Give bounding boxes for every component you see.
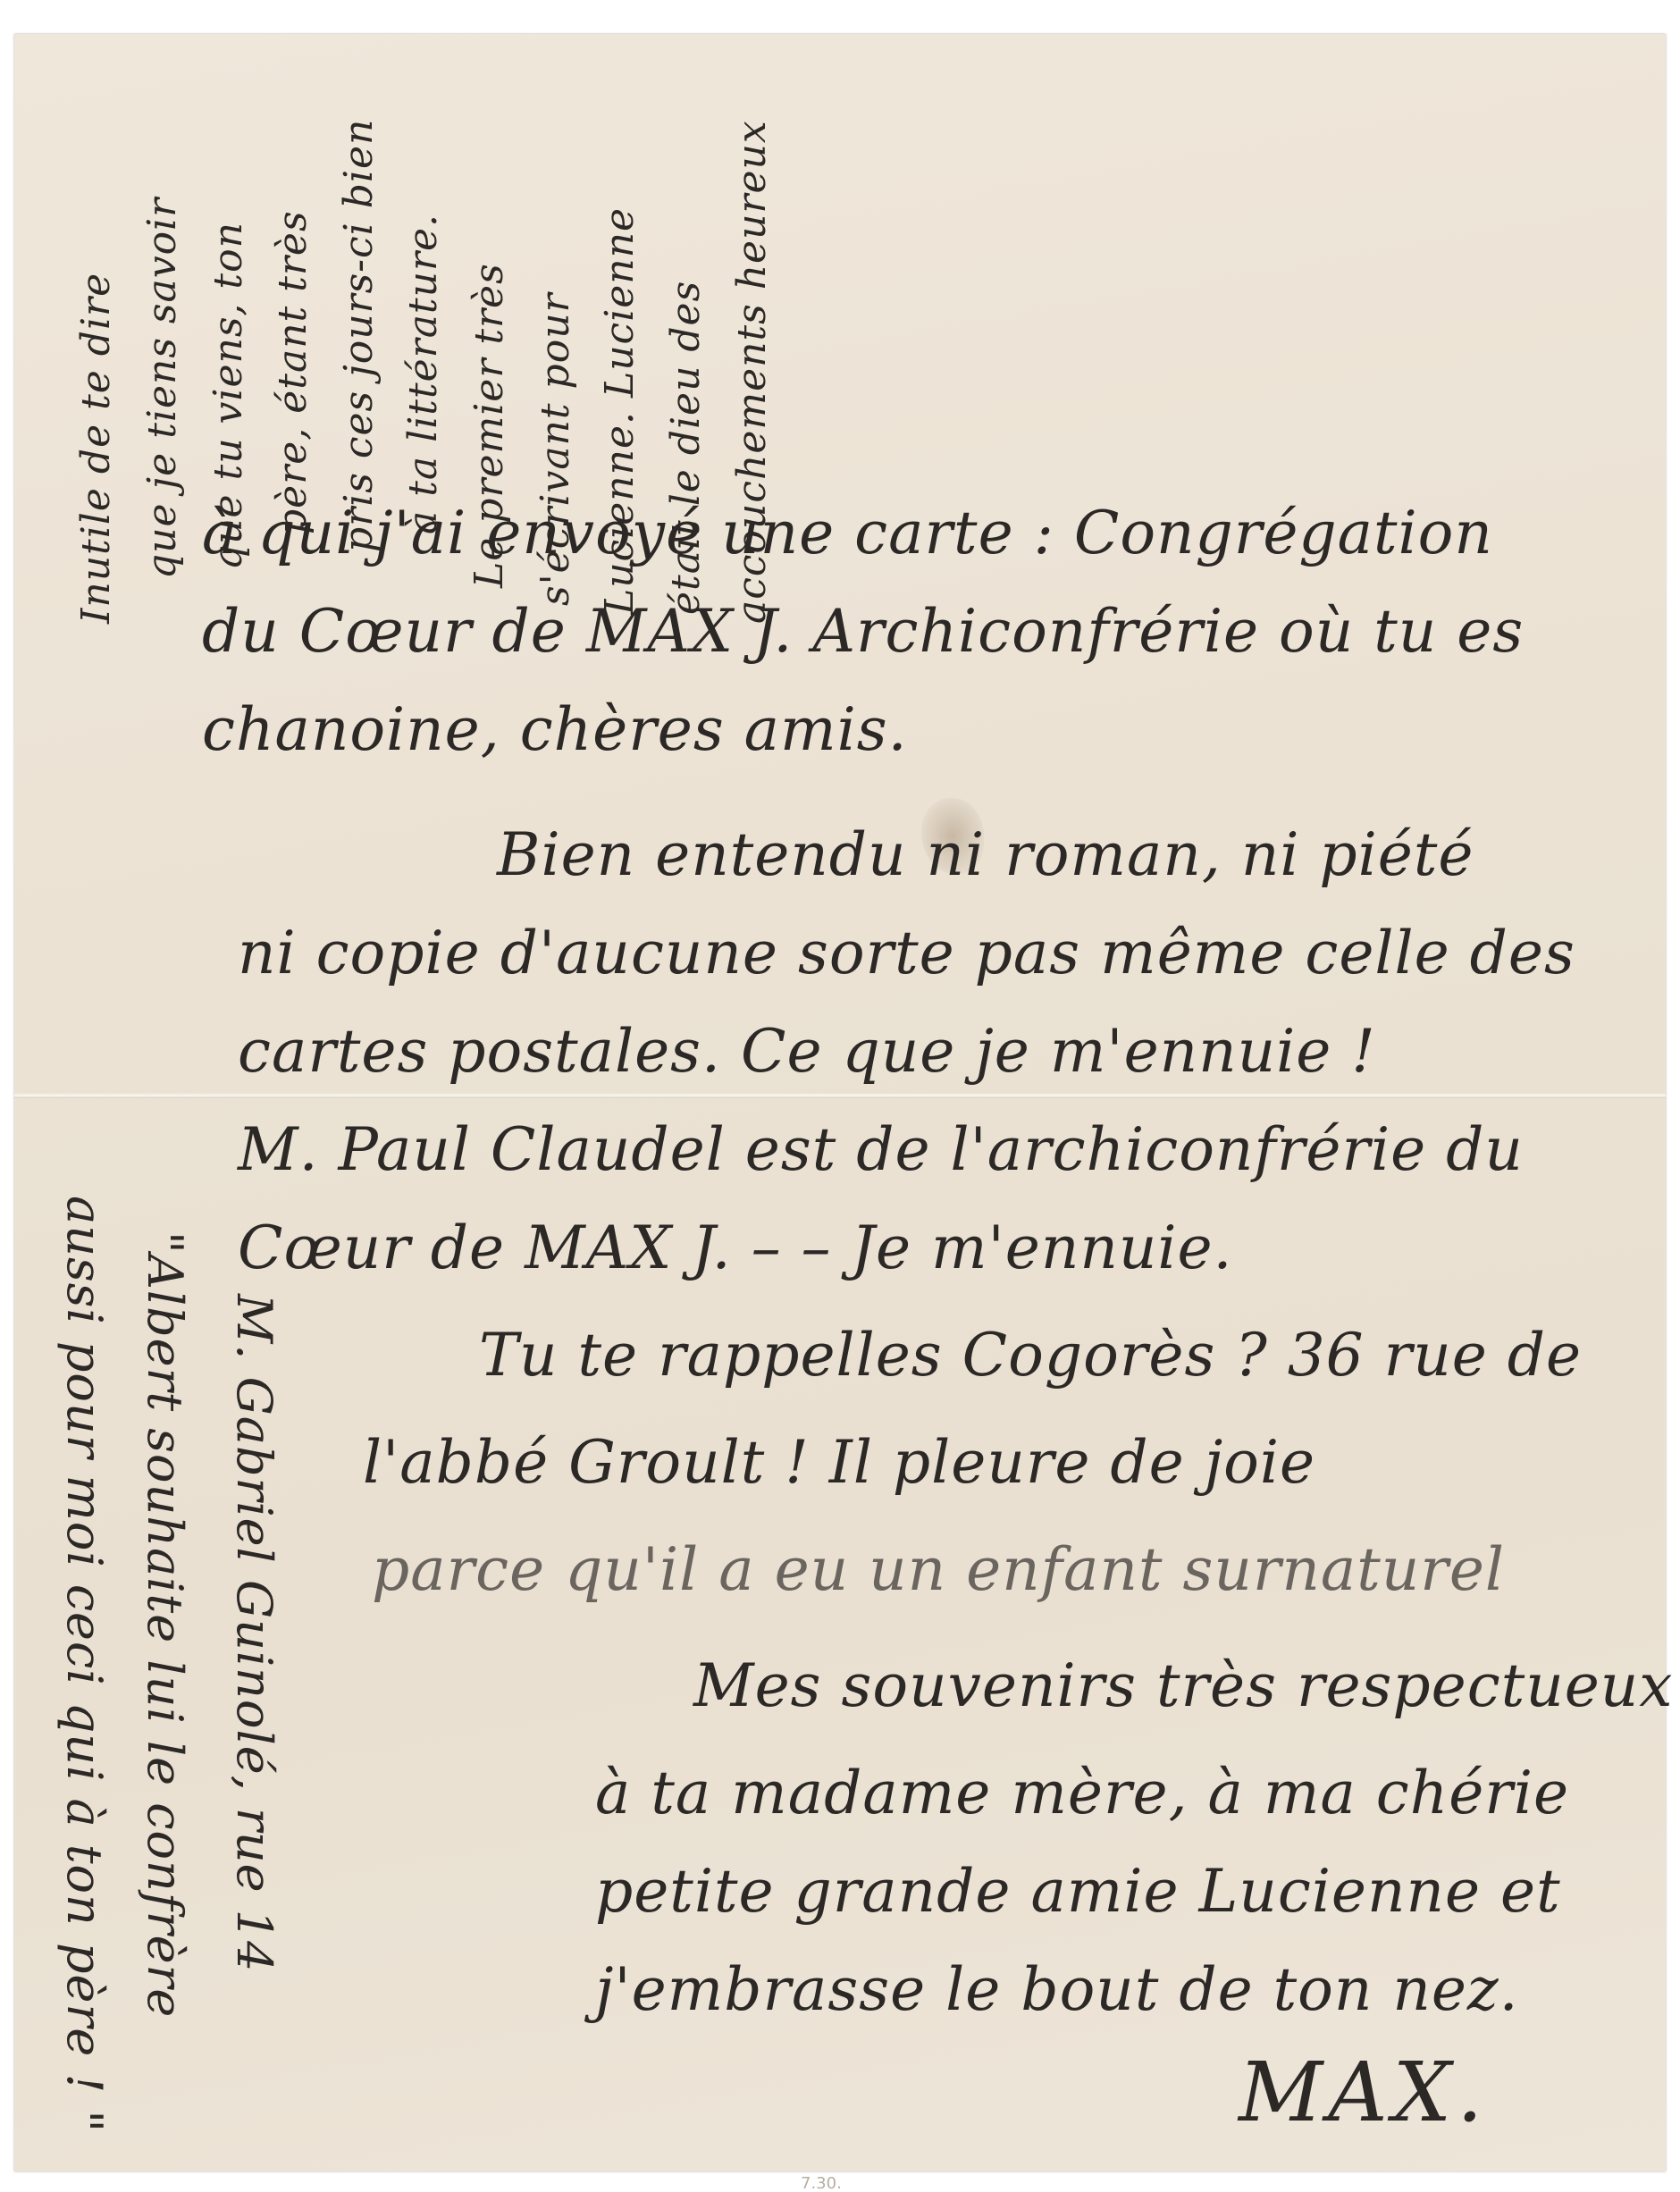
body-line: Tu te rappelles Cogorès ? 36 rue de <box>479 1321 1582 1390</box>
signature: MAX. <box>1239 2045 1488 2140</box>
margin-line: Inutile de te dire <box>73 273 119 624</box>
body-line: cartes postales. Ce que je m'ennuie ! <box>238 1017 1376 1086</box>
margin-line: "Albert souhaite lui le confrère <box>137 1231 193 2018</box>
margin-line: que je tiens savoir <box>139 197 185 579</box>
body-line: j'embrasse le bout de ton nez. <box>595 1955 1519 2024</box>
letter-paper: Inutile de te dire que je tiens savoir q… <box>14 34 1666 2171</box>
margin-line: M. Gabriel Guinolé, rue 14 <box>226 1294 282 1972</box>
body-line: Mes souvenirs très respectueux <box>693 1651 1674 1720</box>
body-line: petite grande amie Lucienne et <box>595 1857 1561 1926</box>
body-line: du Cœur de MAX J. Archiconfrérie où tu e… <box>202 597 1524 666</box>
margin-line: aussi pour moi ceci qui à ton père ! " <box>56 1196 113 2133</box>
body-line: Bien entendu ni roman, ni piété <box>497 820 1474 889</box>
body-line: à qui j'ai envoyé une carte : Congrégati… <box>202 499 1493 567</box>
body-line: M. Paul Claudel est de l'archiconfrérie … <box>238 1115 1524 1184</box>
body-line: parce qu'il a eu un enfant surnaturel <box>372 1535 1505 1604</box>
margin-line: à ta littérature. <box>400 214 446 534</box>
body-line: ni copie d'aucune sorte pas même celle d… <box>238 919 1575 987</box>
pencil-note: 7.30. <box>801 2174 842 2192</box>
body-line: chanoine, chères amis. <box>202 695 908 764</box>
body-line: à ta madame mère, à ma chérie <box>595 1759 1569 1827</box>
paper-fold-crease <box>14 1093 1666 1098</box>
body-line: Cœur de MAX J. – – Je m'ennuie. <box>238 1214 1233 1282</box>
margin-line: pris ces jours-ci bien <box>336 119 382 552</box>
margin-line: père, étant très <box>270 210 315 534</box>
body-line: l'abbé Groult ! Il pleure de joie <box>363 1428 1315 1497</box>
